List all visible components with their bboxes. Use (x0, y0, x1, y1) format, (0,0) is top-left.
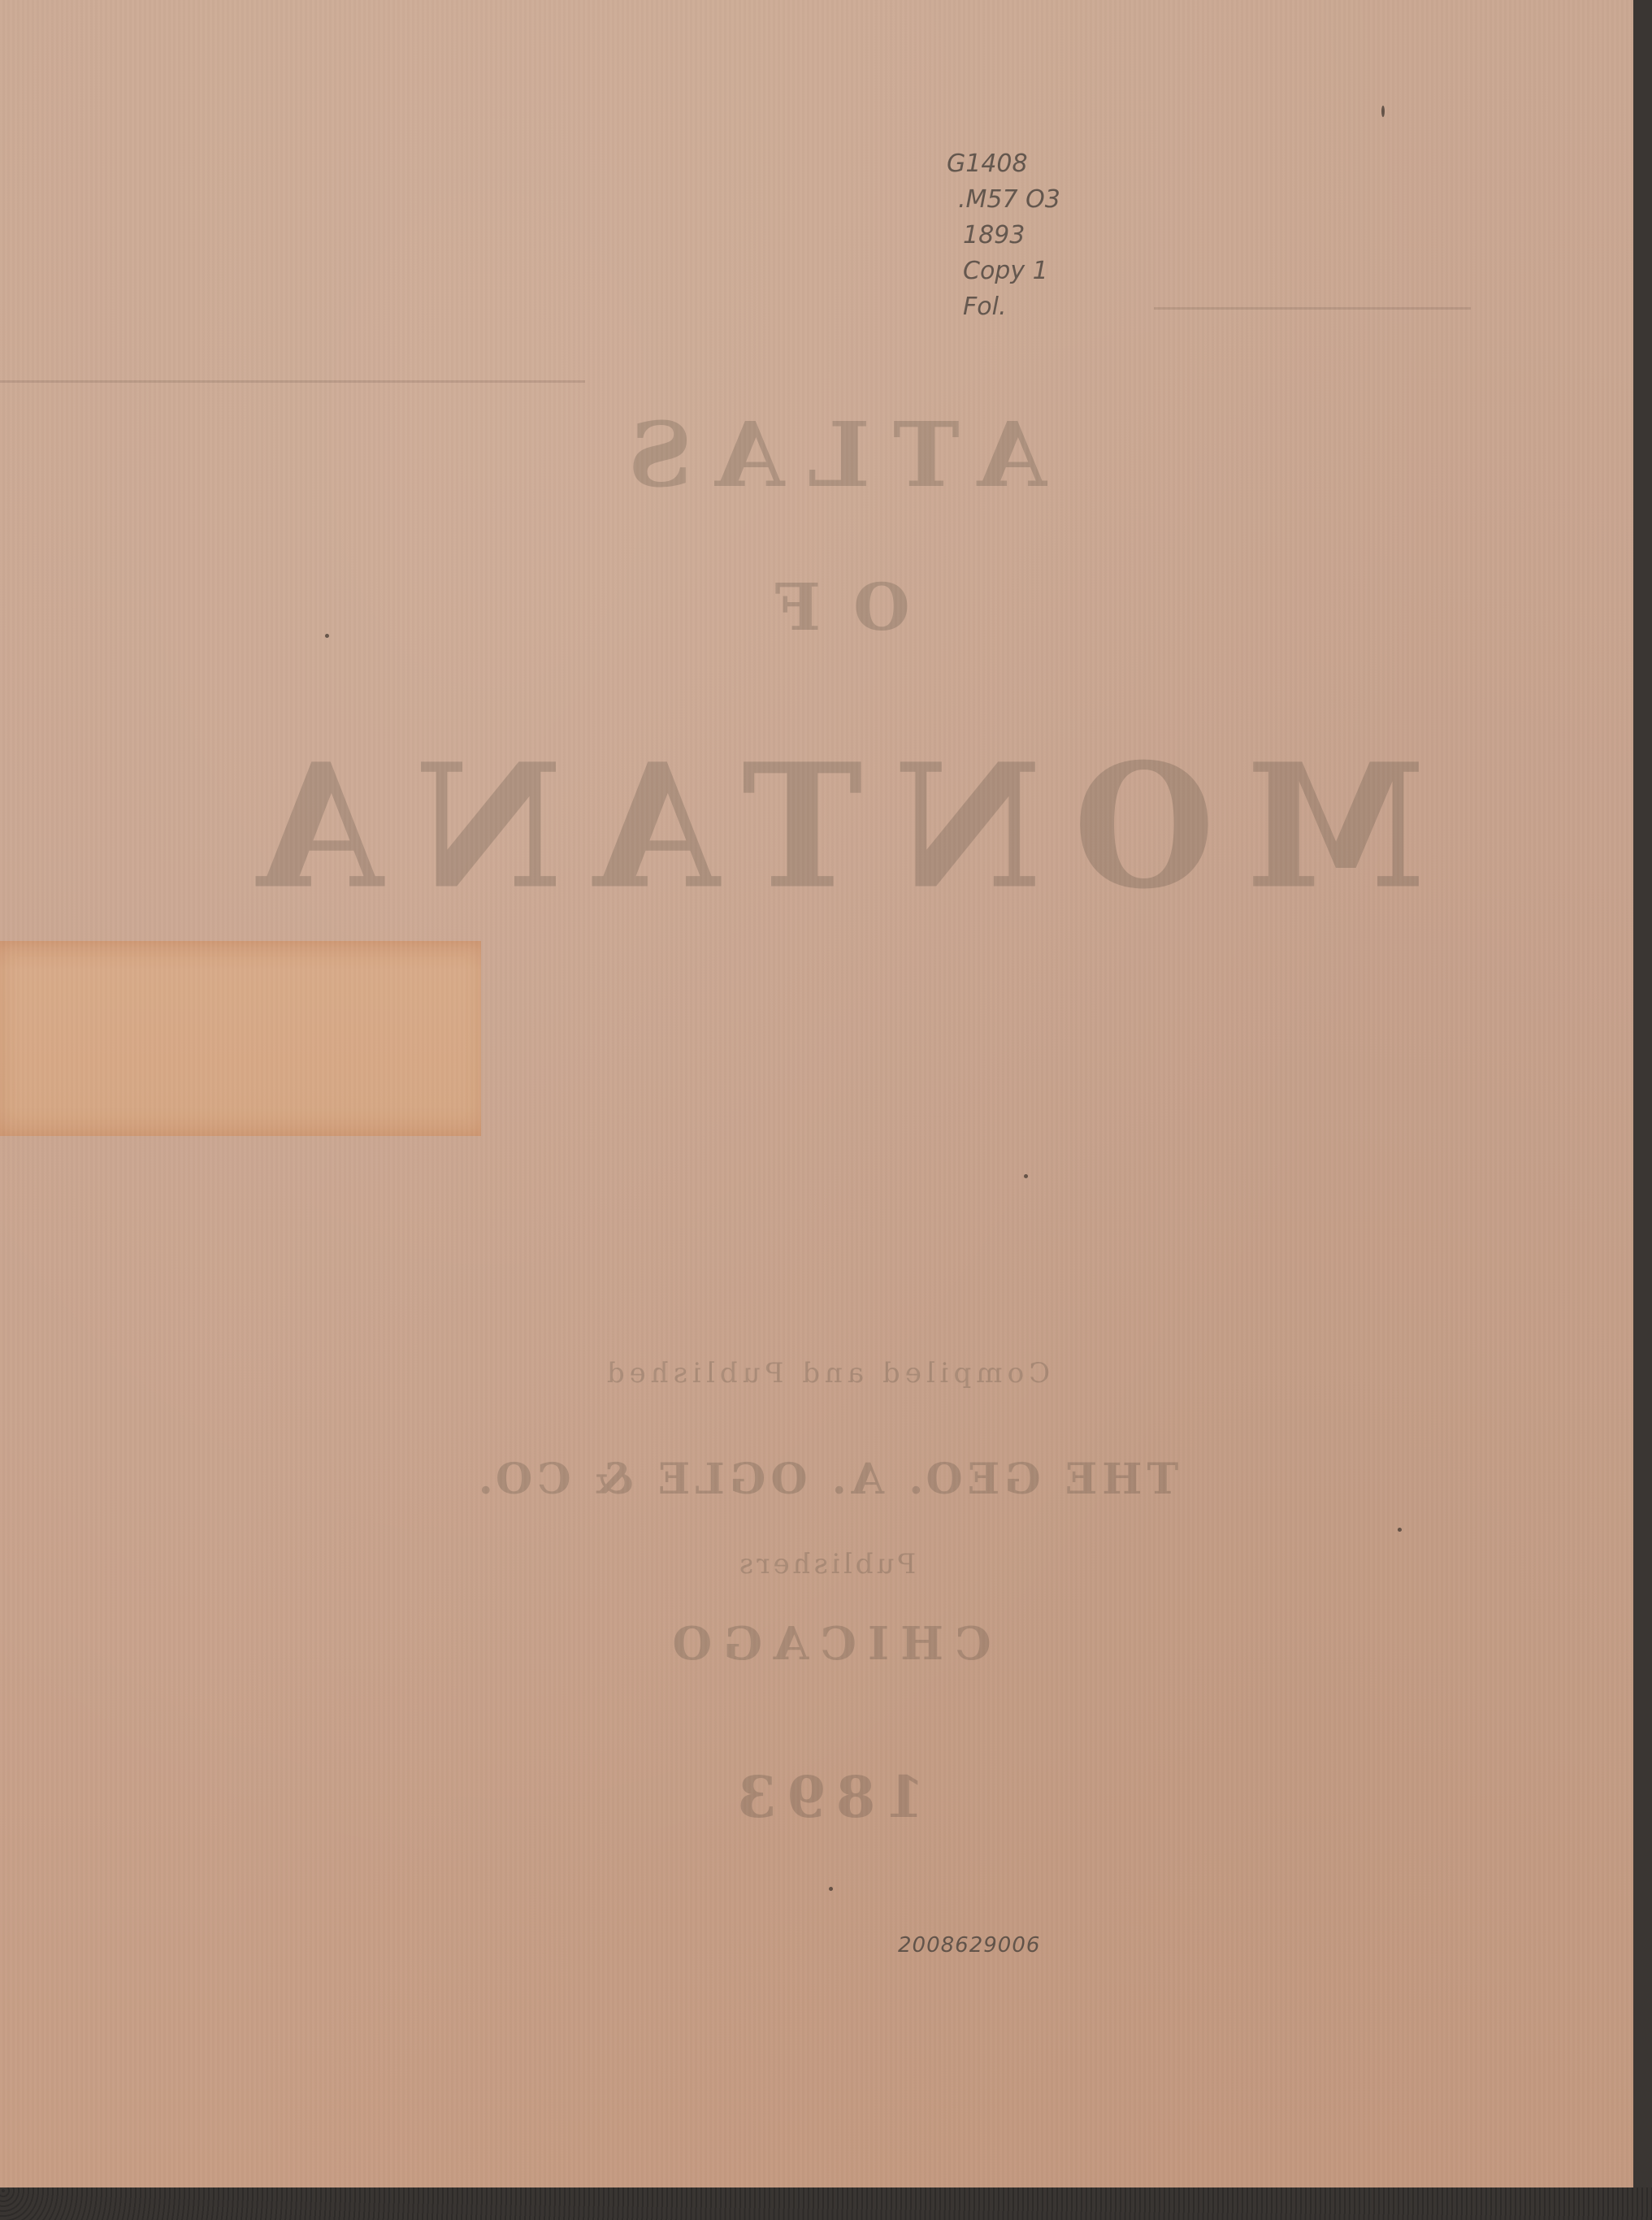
call-number-line: G1408 (947, 146, 1060, 182)
ink-spot (325, 634, 329, 638)
call-number-note: G1408 .M57 O3 1893 Copy 1 Fol. (947, 146, 1060, 325)
scanner-bed-background (0, 2187, 1652, 2220)
call-number-line: Copy 1 (947, 254, 1060, 289)
bleed-through-compiled-line: Compiled and Published (0, 1357, 1652, 1390)
bleed-through-year: 1893 (0, 1763, 1652, 1831)
bleed-through-publisher: THE GEO. A. OGLE & CO. (0, 1455, 1652, 1504)
fold-line-left (0, 380, 585, 383)
ink-spot (1024, 1174, 1028, 1178)
bleed-through-state-name: MONTANA (0, 726, 1652, 927)
call-number-line: 1893 (947, 218, 1060, 254)
bleed-through-city: CHICAGO (0, 1617, 1652, 1671)
bleed-through-address: Publishers (0, 1548, 1652, 1580)
bleed-through-of: OF (0, 569, 1652, 645)
call-number-line: Fol. (947, 289, 1060, 325)
ink-spot (1398, 1528, 1402, 1532)
ink-spot (1381, 106, 1385, 117)
tape-repair-patch (0, 941, 481, 1136)
call-number-line: .M57 O3 (947, 182, 1060, 218)
document-page: ATLAS OF MONTANA Compiled and Published … (0, 0, 1633, 2194)
ink-spot (829, 1887, 833, 1891)
fold-line-right (1154, 307, 1471, 310)
accession-number: 2008629006 (898, 1927, 1040, 1963)
bleed-through-title-line: ATLAS (0, 402, 1652, 507)
